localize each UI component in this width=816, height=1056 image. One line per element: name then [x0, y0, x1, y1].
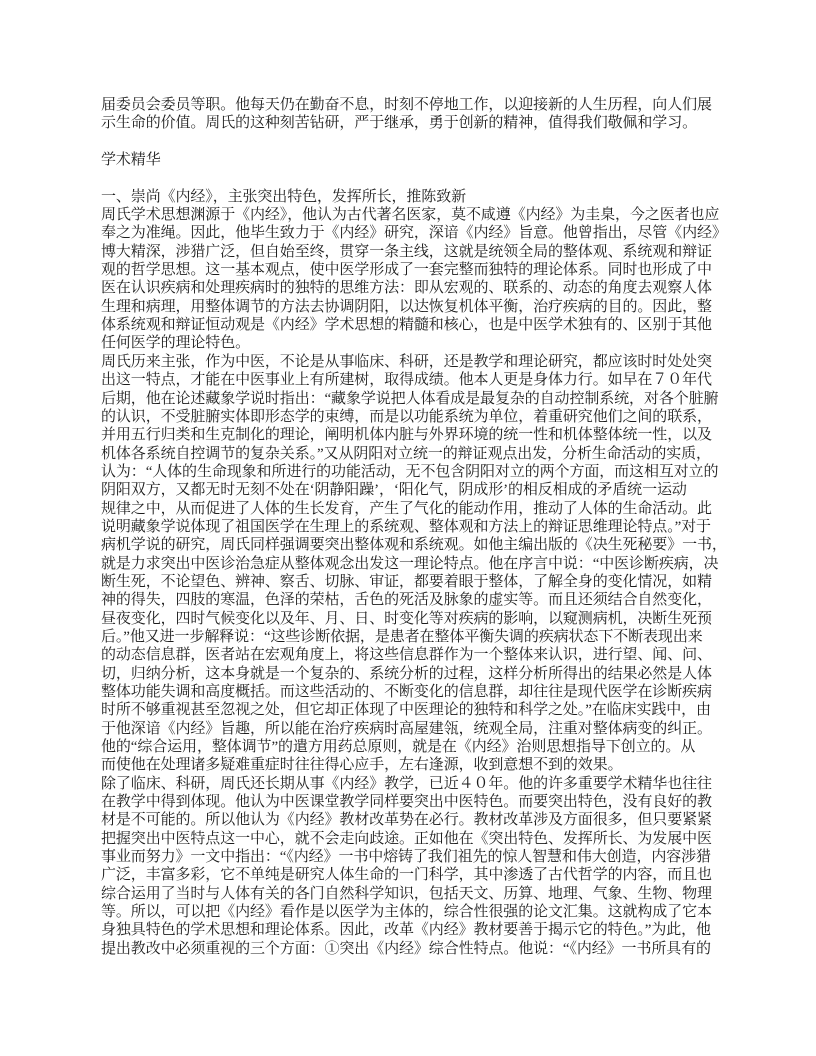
paragraph-neijing-philosophy-line: 奉之为准绳。因此，他毕生致力于《内经》研究，深谙《内经》旨意。他曾指出，尽管《内… — [101, 224, 721, 242]
paragraph-neijing-philosophy-line: 体系统观和辩证恒动观是《内经》学术思想的精髓和核心，也是中医学术独有的、区别于其… — [101, 316, 721, 334]
paragraph-neijing-philosophy-line: 医在认识疾病和处理疾病时的独特的思维方法：即从宏观的、联系的、动态的角度去观察人… — [101, 279, 721, 297]
paragraph-holistic-systems-view-line: 整体功能失调和高度概括。而这些活动的、不断变化的信息群，却往往是现代医学在诊断疾… — [101, 683, 721, 701]
paragraph-neijing-philosophy-line: 周氏学术思想渊源于《内经》，他认为古代著名医家，莫不咸遵《内经》为圭臬，今之医者… — [101, 206, 721, 224]
paragraph-holistic-systems-view-line: 的动态信息群，医者站在宏观角度上，将这些信息群作为一个整体来认识，进行望、闻、问… — [101, 646, 721, 664]
biography-continuation-line: 示生命的价值。周氏的这种刻苦钻研，严于继承，勇于创新的精神，值得我们敬佩和学习。 — [101, 114, 721, 132]
document-page: 届委员会委员等职。他每天仍在勤奋不息，时刻不停地工作，以迎接新的人生历程，向人们… — [0, 0, 816, 1056]
paragraph-teaching-and-reform-line: 身独具特色的学术思想和理论体系。因此，改革《内经》教材要善于揭示它的特色。”为此… — [101, 921, 721, 939]
paragraph-holistic-systems-view-line: 他的“综合运用，整体调节”的遣方用药总原则，就是在《内经》治则思想指导下创立的。… — [101, 738, 721, 756]
biography-continuation-line: 届委员会委员等职。他每天仍在勤奋不息，时刻不停地工作，以迎接新的人生历程，向人们… — [101, 96, 721, 114]
paragraph-holistic-systems-view-line: 周氏历来主张，作为中医，不论是从事临床、科研，还是教学和理论研究，都应该时时处处… — [101, 353, 721, 371]
paragraph-holistic-systems-view-line: 病机学说的研究，周氏同样强调要突出整体观和系统观。如他主编出版的《决生死秘要》一… — [101, 536, 721, 554]
paragraph-neijing-philosophy-line: 任何医学的理论特色。 — [101, 334, 721, 352]
paragraph-holistic-systems-view-line: 并用五行归类和生克制化的理论，阐明机体内脏与外界环境的统一性和机体整体统一性，以… — [101, 426, 721, 444]
spacer — [101, 133, 721, 151]
paragraph-neijing-philosophy-line: 生理和病理，用整体调节的方法去协调阴阳，以达恢复机体平衡，治疗疾病的目的。因此，… — [101, 298, 721, 316]
paragraph-teaching-and-reform-line: 广泛，丰富多彩，它不单纯是研究人体生命的一门科学，其中渗透了古代哲学的内容，而且… — [101, 866, 721, 884]
paragraph-holistic-systems-view-line: 神的得失，四肢的寒温，色泽的荣枯，舌色的死活及脉象的虚实等。而且还须结合自然变化… — [101, 591, 721, 609]
paragraph-holistic-systems-view-line: 出这一特点，才能在中医事业上有所建树，取得成绩。他本人更是身体力行。如早在７０年… — [101, 371, 721, 389]
paragraph-holistic-systems-view-line: 阴阳双方，又都无时无刻不处在‘阴静阳躁’，‘阳化气，阴成形’的相反相成的矛盾统一… — [101, 481, 721, 499]
paragraph-teaching-and-reform-line: 提出教改中必须重视的三个方面：①突出《内经》综合性特点。他说：“《内经》一书所具… — [101, 940, 721, 958]
paragraph-holistic-systems-view-line: 切，归纳分析，这本身就是一个复杂的、系统分析的过程，这样分析所得出的结果必然是人… — [101, 665, 721, 683]
paragraph-teaching-and-reform-line: 在教学中得到体现。他认为中医课堂教学同样要突出中医特色。而要突出特色，没有良好的… — [101, 793, 721, 811]
paragraph-holistic-systems-view-line: 机体各系统自控调节的复杂关系。”又从阴阳对立统一的辩证观点出发，分析生命活动的实… — [101, 445, 721, 463]
section-heading-line: 学术精华 — [101, 151, 721, 169]
paragraph-neijing-philosophy-line: 观的哲学思想。这一基本观点，使中医学形成了一套完整而独特的理论体系。同时也形成了… — [101, 261, 721, 279]
subsection-heading-line: 一、崇尚《内经》，主张突出特色，发挥所长，推陈致新 — [101, 188, 721, 206]
paragraph-neijing-philosophy-line: 博大精深，涉猎广泛，但自始至终，贯穿一条主线，这就是统领全局的整体观、系统观和辩… — [101, 243, 721, 261]
paragraph-holistic-systems-view-line: 后。”他又进一步解释说：“这些诊断依据，是患者在整体平衡失调的疾病状态下不断表现… — [101, 628, 721, 646]
paragraph-holistic-systems-view-line: 认为：“人体的生命现象和所进行的功能活动，无不包含阴阳对立的两个方面，而这相互对… — [101, 463, 721, 481]
paragraph-holistic-systems-view-line: 而使他在处理诸多疑难重症时往往得心应手，左右逢源，收到意想不到的效果。 — [101, 756, 721, 774]
paragraph-holistic-systems-view-line: 后期，他在论述藏象学说时指出：“藏象学说把人体看成是最复杂的自动控制系统，对各个… — [101, 390, 721, 408]
paragraph-holistic-systems-view-line: 的认识，不受脏腑实体即形态学的束缚，而是以功能系统为单位，着重研究他们之间的联系… — [101, 408, 721, 426]
paragraph-teaching-and-reform-line: 材是不可能的。所以他认为《内经》教材改革势在必行。教材改革涉及方面很多，但只要紧… — [101, 811, 721, 829]
paragraph-holistic-systems-view-line: 昼夜变化，四时气候变化以及年、月、日、时变化等对疾病的影响，以窥测病机，决断生死… — [101, 610, 721, 628]
paragraph-teaching-and-reform-line: 除了临床、科研，周氏还长期从事《内经》教学，已近４０年。他的许多重要学术精华也往… — [101, 775, 721, 793]
paragraph-holistic-systems-view-line: 就是力求突出中医诊治急症从整体观念出发这一理论特点。他在序言中说：“中医诊断疾病… — [101, 555, 721, 573]
paragraph-holistic-systems-view-line: 断生死，不论望色、辨神、察舌、切脉、审证，都要着眼于整体，了解全身的变化情况，如… — [101, 573, 721, 591]
paragraph-holistic-systems-view-line: 说明藏象学说体现了祖国医学在生理上的系统观、整体观和方法上的辩证思维理论特点。”… — [101, 518, 721, 536]
document-body: 届委员会委员等职。他每天仍在勤奋不息，时刻不停地工作，以迎接新的人生历程，向人们… — [101, 96, 721, 958]
paragraph-teaching-and-reform-line: 综合运用了当时与人体有关的各门自然科学知识，包括天文、历算、地理、气象、生物、物… — [101, 885, 721, 903]
spacer — [101, 169, 721, 187]
paragraph-teaching-and-reform-line: 把握突出中医特点这一中心，就不会走向歧途。正如他在《突出特色、发挥所长、为发展中… — [101, 830, 721, 848]
paragraph-teaching-and-reform-line: 等。所以，可以把《内经》看作是以医学为主体的，综合性很强的论文汇集。这就构成了它… — [101, 903, 721, 921]
paragraph-holistic-systems-view-line: 规律之中，从而促进了人体的生长发育，产生了气化的能动作用，推动了人体的生命活动。… — [101, 500, 721, 518]
paragraph-holistic-systems-view-line: 于他深谙《内经》旨趣，所以能在治疗疾病时高屋建瓴，统观全局，注重对整体病变的纠正… — [101, 720, 721, 738]
paragraph-teaching-and-reform-line: 事业而努力》一文中指出：“《内经》一书中熔铸了我们祖先的惊人智慧和伟大创造，内容… — [101, 848, 721, 866]
paragraph-holistic-systems-view-line: 时所不够重视甚至忽视之处，但它却正体现了中医理论的独特和科学之处。”在临床实践中… — [101, 701, 721, 719]
